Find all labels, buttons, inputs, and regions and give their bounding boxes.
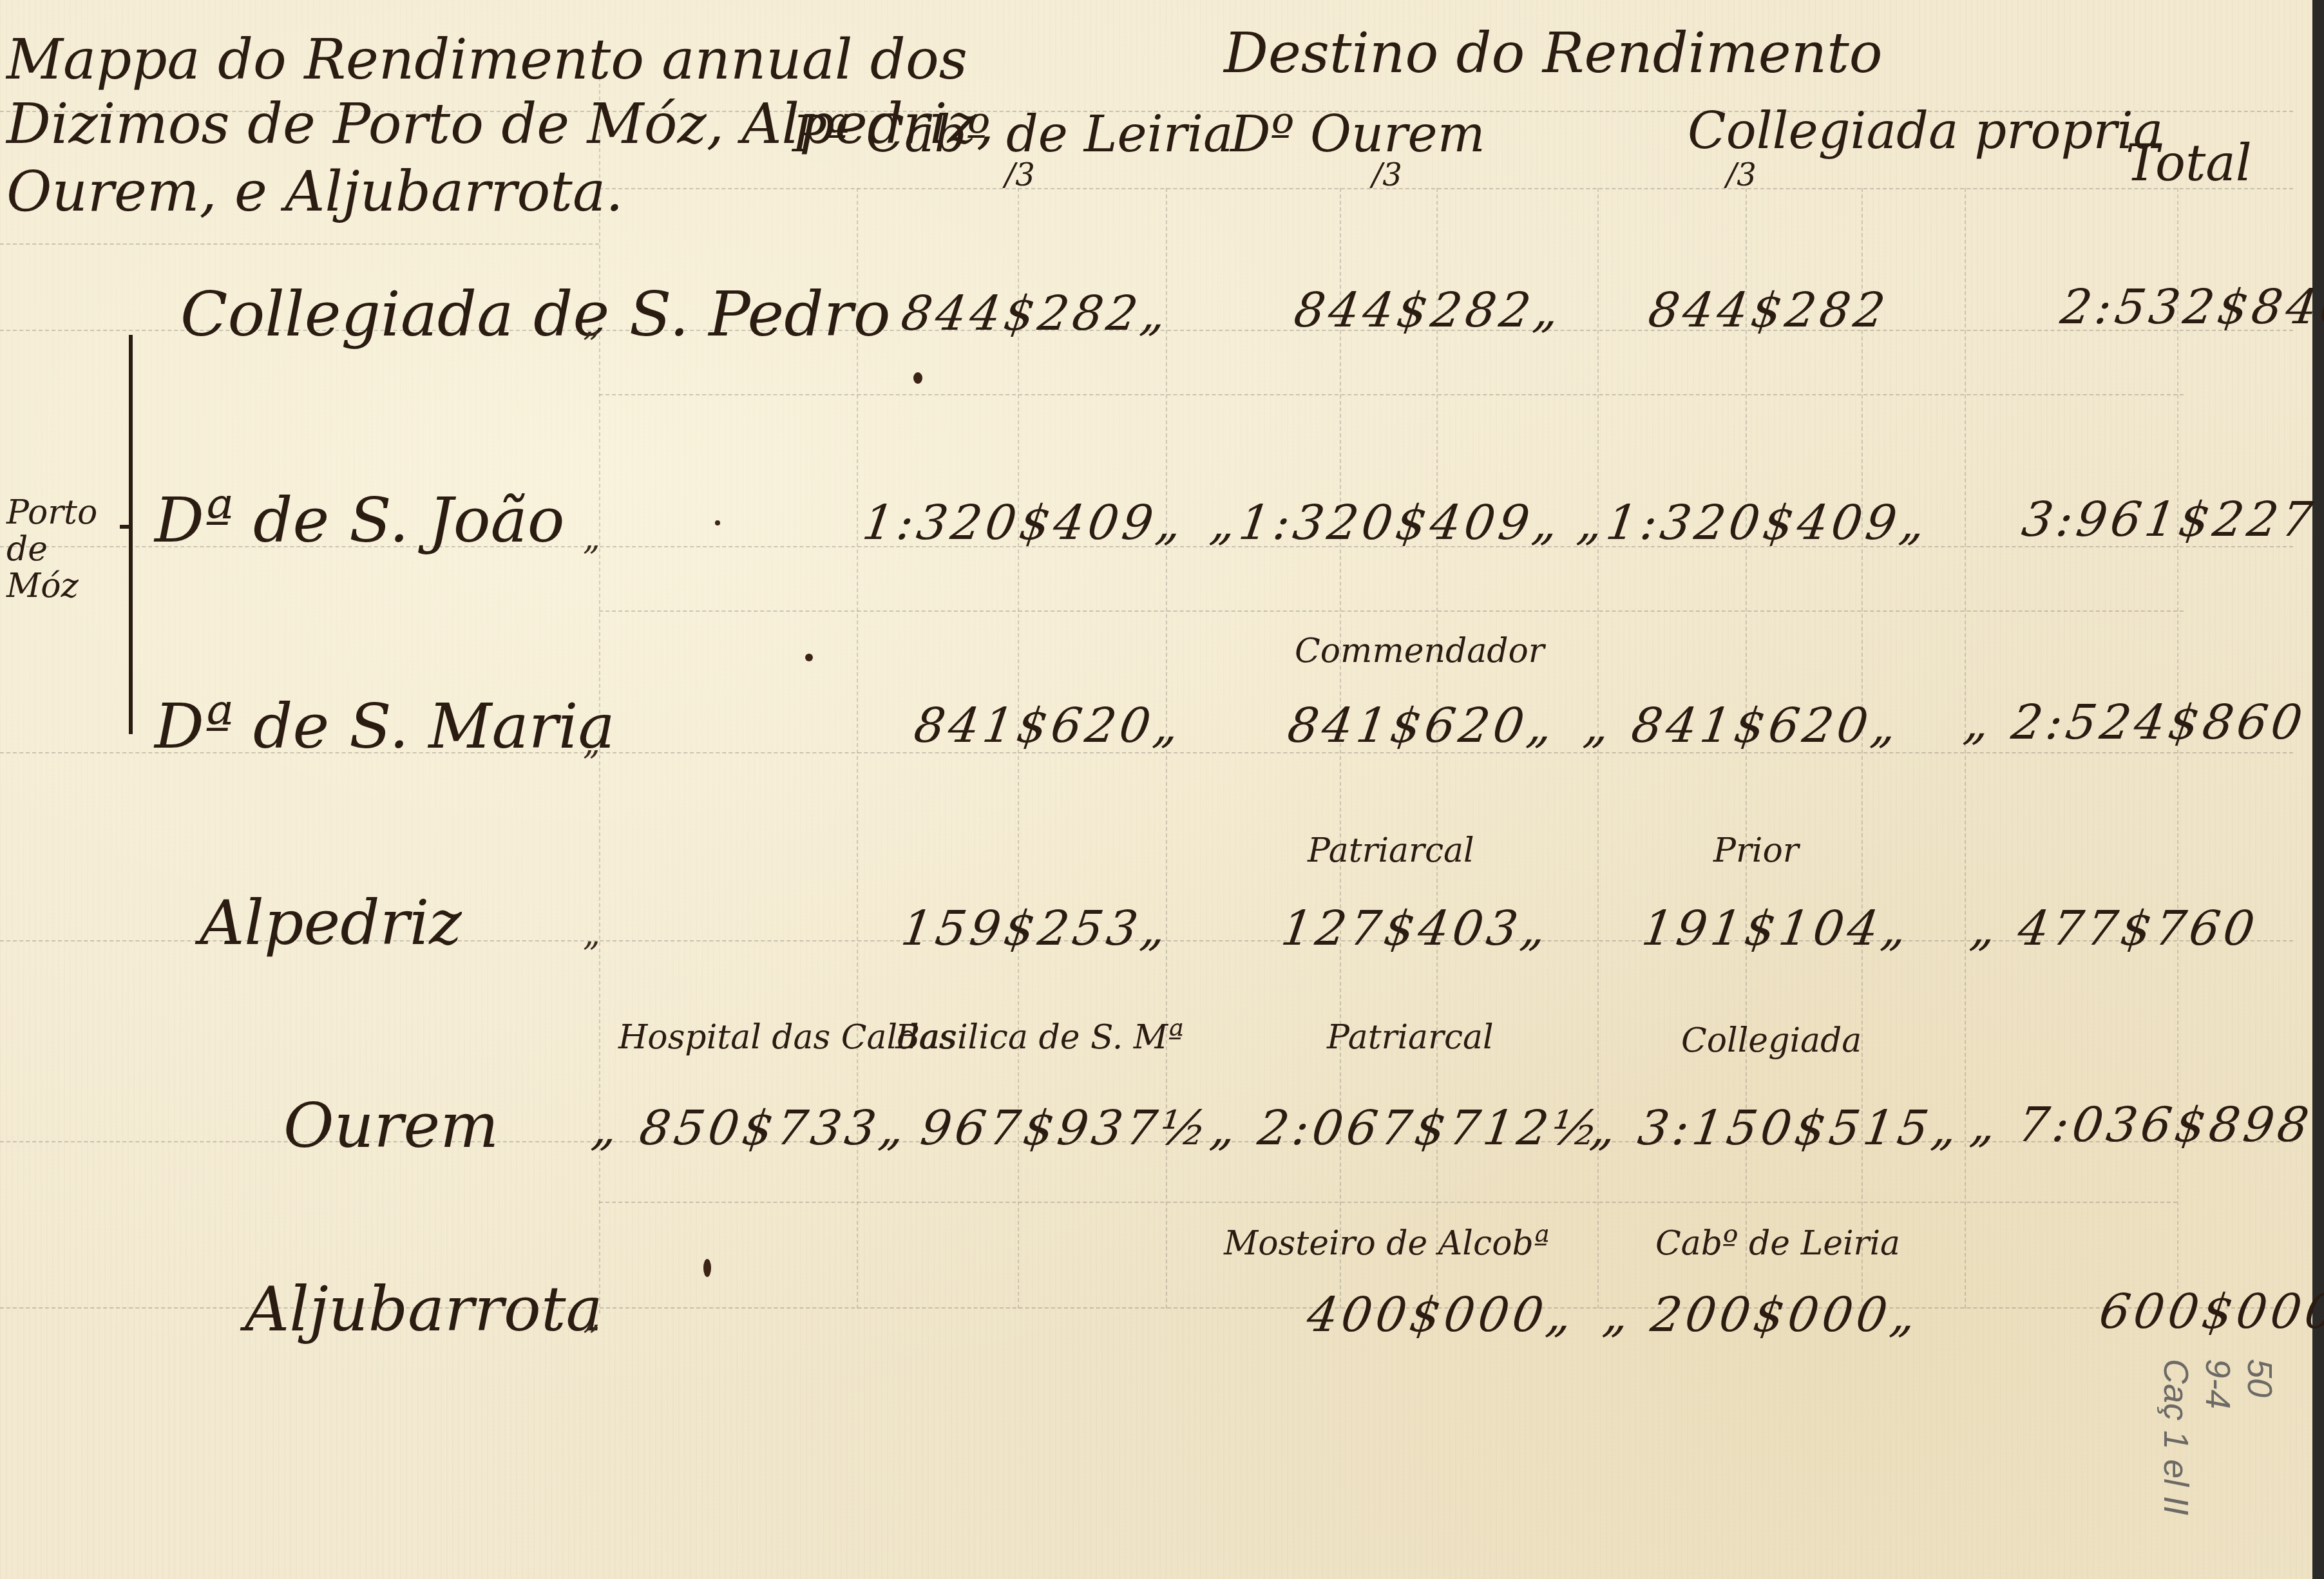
cell-value: 191$104„: [1639, 905, 1914, 952]
scan-border: [2312, 0, 2324, 1579]
cell-value: „1:320$409„: [1575, 499, 1932, 547]
ditto-mark: „: [583, 308, 600, 341]
row-label-alpedriz: Alpedriz: [200, 892, 462, 954]
column-fraction: /3: [1726, 160, 1757, 191]
grid-line: [599, 1202, 2177, 1203]
cell-total: 600$000: [2097, 1288, 2324, 1336]
ditto-mark: „: [583, 522, 600, 555]
title-line-3: Ourem, e Aljubarrota.: [6, 164, 624, 220]
column-header-collegiada: Collegiada propria: [1688, 106, 2163, 156]
cell-total: 3:961$227: [2019, 496, 2319, 544]
cell-value: 841$620„: [911, 702, 1186, 750]
ink-blot: [715, 520, 720, 525]
cell-value: 127$403„: [1279, 905, 1553, 952]
column-fraction: /3: [1005, 160, 1035, 191]
destination-heading: Destino do Rendimento: [1224, 26, 1882, 81]
cell-total: „ 2:524$860: [1961, 699, 2309, 746]
cell-value: 967$937½: [918, 1104, 1214, 1152]
cell-value: „ 200$000„: [1601, 1291, 1923, 1339]
cell-recipient: Prior: [1713, 834, 1799, 867]
archival-pencil-note: 50 9-4 Caç 1 el II: [2155, 1359, 2280, 1515]
column-header-ourem: Dº Ourem: [1230, 109, 1485, 160]
cell-recipient: Commendador: [1295, 634, 1545, 668]
cell-value: „ 3:150$515„: [1588, 1104, 1964, 1152]
grid-line: [0, 243, 599, 245]
ditto-mark: „: [583, 1301, 600, 1334]
ink-blot: [703, 1259, 711, 1277]
cell-total: „ 477$760: [1968, 905, 2262, 952]
cell-value: 844$282„: [899, 290, 1173, 337]
column-header-total: Total: [2126, 138, 2252, 189]
cell-value: „ 850$733„: [589, 1104, 911, 1152]
column-fraction: /3: [1372, 160, 1402, 191]
cell-value: 159$253„: [899, 905, 1173, 952]
row-label-s-pedro: Collegiada de S. Pedro: [180, 283, 890, 345]
ink-blot: [805, 654, 813, 661]
cell-value: „1:320$409„: [1208, 499, 1565, 547]
cell-value: 844$282„: [1291, 287, 1566, 334]
group-label-porto-de-moz: Porto de Móz: [6, 495, 122, 605]
cell-recipient: Patriarcal: [1327, 1021, 1494, 1054]
row-label-aljubarrota: Aljubarrota: [245, 1278, 603, 1340]
ink-blot: [913, 372, 922, 384]
group-brace: [129, 335, 133, 734]
ditto-mark: „: [583, 726, 600, 760]
cell-total: 2:532$846: [2058, 283, 2324, 331]
cell-recipient: Cabº de Leiria: [1655, 1227, 1900, 1260]
cell-recipient: Basilica de S. Mª: [895, 1021, 1184, 1054]
column-header-cabido-leiria: Pª Cabº de Leiria: [792, 109, 1233, 160]
cell-recipient: Patriarcal: [1308, 834, 1474, 867]
ditto-mark: „: [583, 918, 600, 951]
cell-total: „ 7:036$898: [1968, 1101, 2316, 1149]
cell-value: „ 2:067$712½: [1208, 1104, 1606, 1152]
row-label-s-joao: Dª de S. João: [155, 489, 565, 551]
cell-value: 1:320$409„: [860, 499, 1188, 547]
cell-value: 844$282: [1646, 287, 1892, 334]
grid-line: [599, 188, 2293, 189]
cell-value: „ 841$620„: [1581, 702, 1903, 750]
title-line-1: Mappa do Rendimento annual dos: [6, 32, 967, 88]
cell-recipient: Collegiada: [1681, 1024, 1862, 1057]
row-label-s-maria: Dª de S. Maria: [155, 695, 615, 757]
grid-line: [599, 610, 2184, 612]
row-label-ourem: Ourem: [283, 1095, 499, 1157]
cell-value: 400$000„: [1304, 1291, 1579, 1339]
cell-recipient: Mosteiro de Alcobª: [1224, 1227, 1549, 1260]
cell-value: 841$620„: [1285, 702, 1559, 750]
grid-line: [599, 394, 2184, 395]
